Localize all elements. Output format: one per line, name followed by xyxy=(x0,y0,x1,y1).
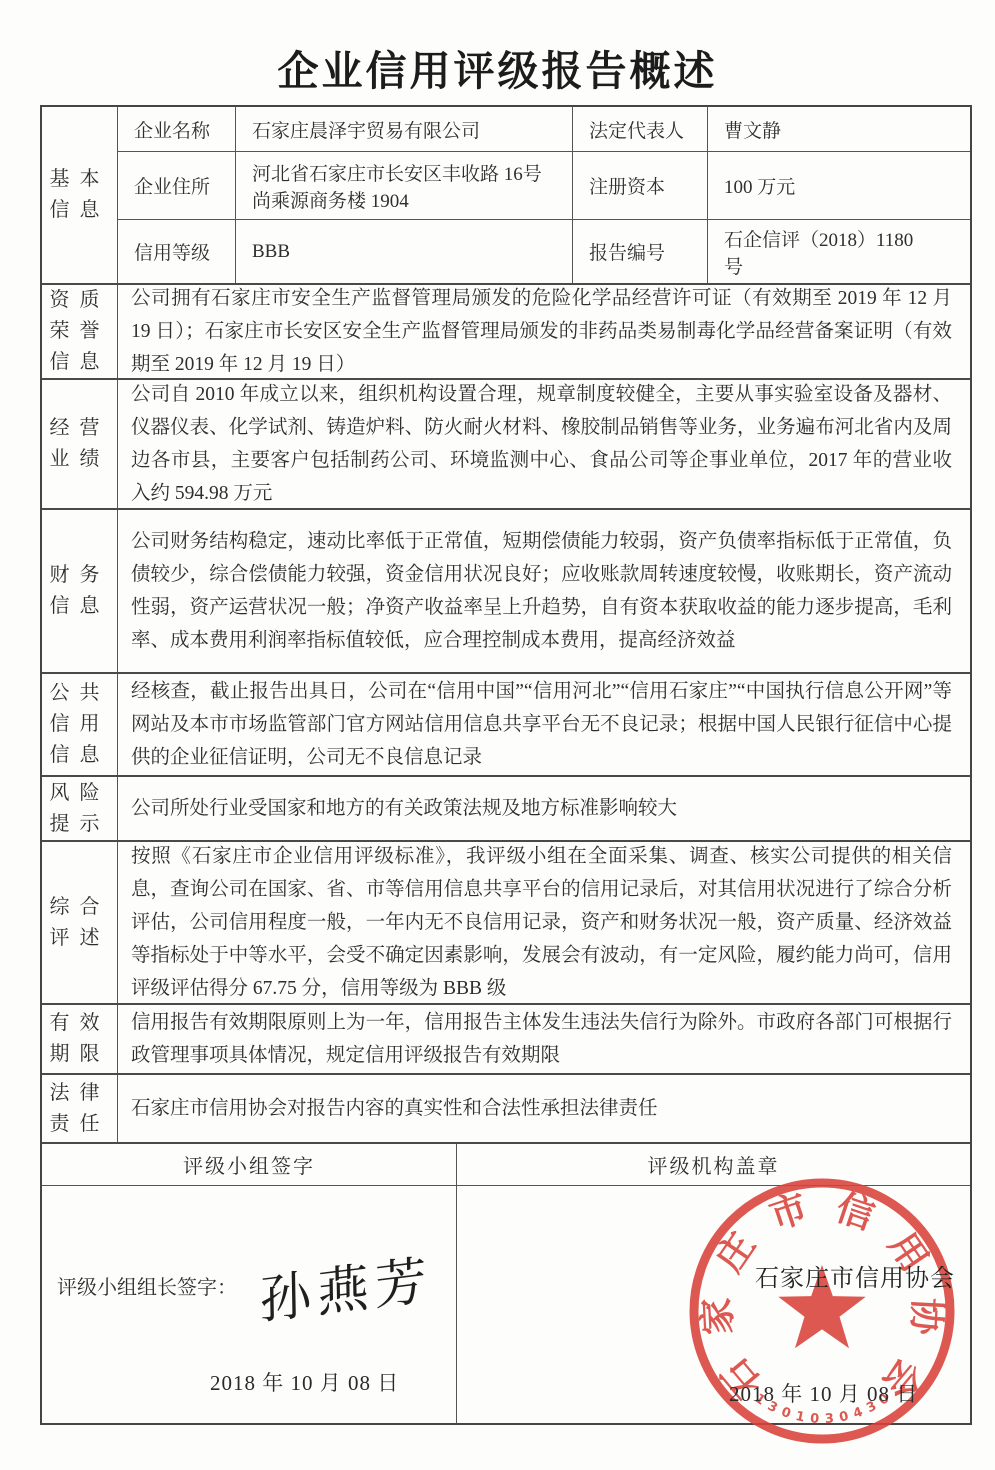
section-label-legal: 法律责任 xyxy=(42,1075,117,1142)
section-public-credit: 公共信用信息 经核查，截止报告出具日，公司在“信用中国”“信用河北”“信用石家庄… xyxy=(42,672,970,775)
agency-stamp-cell: 石家庄市信用协会 1301030430 石家庄市信用协会 2018 年 10 月… xyxy=(457,1186,970,1423)
section-validity-period: 有效期限 信用报告有效期限原则上为一年，信用报告主体发生违法失信行为除外。市政府… xyxy=(42,1003,970,1073)
signature-line: 评级小组组长签字： 孙燕芳 xyxy=(57,1248,433,1323)
field-value-registered-capital: 100 万元 xyxy=(707,151,970,219)
svg-text:0: 0 xyxy=(838,1409,850,1426)
section-risk-warning: 风险提示 公司所处行业受国家和地方的有关政策法规及地方标准影响较大 xyxy=(42,775,970,840)
field-label-company-address: 企业住所 xyxy=(117,151,235,219)
field-label-report-number: 报告编号 xyxy=(572,219,707,283)
svg-text:家: 家 xyxy=(696,1297,740,1336)
agency-name-text: 石家庄市信用协会 xyxy=(755,1258,955,1293)
report-page: 企业信用评级报告概述 基本信息 企业名称 石家庄晨泽宇贸易有限公司 法定代表人 … xyxy=(0,0,995,1470)
svg-text:3: 3 xyxy=(824,1411,834,1427)
field-value-credit-rating: BBB xyxy=(235,219,572,283)
field-label-company-name: 企业名称 xyxy=(117,107,235,151)
section-label-public-credit: 公共信用信息 xyxy=(42,674,117,775)
field-label-registered-capital: 注册资本 xyxy=(572,151,707,219)
section-qualification-honor: 资质荣誉信息 公司拥有石家庄市安全生产监督管理局颁发的危险化学品经营许可证（有效… xyxy=(42,283,970,378)
field-value-company-name: 石家庄晨泽宇贸易有限公司 xyxy=(235,107,572,151)
field-value-company-address: 河北省石家庄市长安区丰收路 16号尚乘源商务楼 1904 xyxy=(235,151,572,219)
section-text-risk: 公司所处行业受国家和地方的有关政策法规及地方标准影响较大 xyxy=(117,777,970,840)
field-value-legal-representative: 曹文静 xyxy=(707,107,970,151)
field-label-credit-rating: 信用等级 xyxy=(117,219,235,283)
team-signature-cell: 评级小组组长签字： 孙燕芳 2018 年 10 月 08 日 xyxy=(42,1186,457,1423)
section-legal-liability: 法律责任 石家庄市信用协会对报告内容的真实性和合法性承担法律责任 xyxy=(42,1073,970,1142)
signature-label: 评级小组组长签字： xyxy=(57,1271,237,1300)
section-label-basic: 基本信息 xyxy=(42,107,117,283)
svg-text:0: 0 xyxy=(810,1411,820,1427)
section-financial-info: 财务信息 公司财务结构稳定，速动比率低于正常值，短期偿债能力较弱，资产负债率指标… xyxy=(42,508,970,672)
section-label-validity: 有效期限 xyxy=(42,1005,117,1073)
official-seal-stamp: 石家庄市信用协会 1301030430 xyxy=(672,1161,972,1461)
section-label-business: 经营业绩 xyxy=(42,380,117,508)
section-label-review: 综合评述 xyxy=(42,842,117,1003)
field-label-legal-representative: 法定代表人 xyxy=(572,107,707,151)
section-label-basic-text: 基本信息 xyxy=(48,164,111,226)
handwritten-signature: 孙燕芳 xyxy=(259,1237,433,1334)
report-table: 基本信息 企业名称 石家庄晨泽宇贸易有限公司 法定代表人 曹文静 企业住所 河北… xyxy=(40,105,972,1425)
section-label-qualification: 资质荣誉信息 xyxy=(42,285,117,378)
section-comprehensive-review: 综合评述 按照《石家庄市企业信用评级标准》，我评级小组在全面采集、调查、核实公司… xyxy=(42,840,970,1003)
section-text-qualification: 公司拥有石家庄市安全生产监督管理局颁发的危险化学品经营许可证（有效期至 2019… xyxy=(117,285,970,378)
section-text-legal: 石家庄市信用协会对报告内容的真实性和合法性承担法律责任 xyxy=(117,1075,970,1142)
section-text-business: 公司自 2010 年成立以来，组织机构设置合理，规章制度较健全，主要从事实验室设… xyxy=(117,380,970,508)
signoff-body-row: 评级小组组长签字： 孙燕芳 2018 年 10 月 08 日 石家庄市信用协会 … xyxy=(42,1185,970,1423)
section-business-performance: 经营业绩 公司自 2010 年成立以来，组织机构设置合理，规章制度较健全，主要从… xyxy=(42,378,970,508)
section-text-financial: 公司财务结构稳定，速动比率低于正常值，短期偿债能力较弱，资产负债率指标低于正常值… xyxy=(117,510,970,672)
section-label-risk: 风险提示 xyxy=(42,777,117,840)
svg-text:协: 协 xyxy=(904,1297,948,1338)
section-text-validity: 信用报告有效期限原则上为一年，信用报告主体发生违法失信行为除外。市政府各部门可根… xyxy=(117,1005,970,1073)
field-value-report-number: 石企信评（2018）1180 号 xyxy=(707,219,970,283)
svg-text:1: 1 xyxy=(794,1409,806,1426)
section-text-public-credit: 经核查，截止报告出具日，公司在“信用中国”“信用河北”“信用石家庄”“中国执行信… xyxy=(117,674,970,775)
page-title: 企业信用评级报告概述 xyxy=(0,0,995,97)
signoff-header-team: 评级小组签字 xyxy=(42,1144,457,1185)
team-sign-date: 2018 年 10 月 08 日 xyxy=(210,1367,399,1397)
agency-stamp-date: 2018 年 10 月 08 日 xyxy=(729,1378,918,1408)
section-label-financial: 财务信息 xyxy=(42,510,117,672)
section-text-review: 按照《石家庄市企业信用评级标准》，我评级小组在全面采集、调查、核实公司提供的相关… xyxy=(117,842,970,1003)
basic-info-section: 基本信息 企业名称 石家庄晨泽宇贸易有限公司 法定代表人 曹文静 企业住所 河北… xyxy=(42,107,970,283)
